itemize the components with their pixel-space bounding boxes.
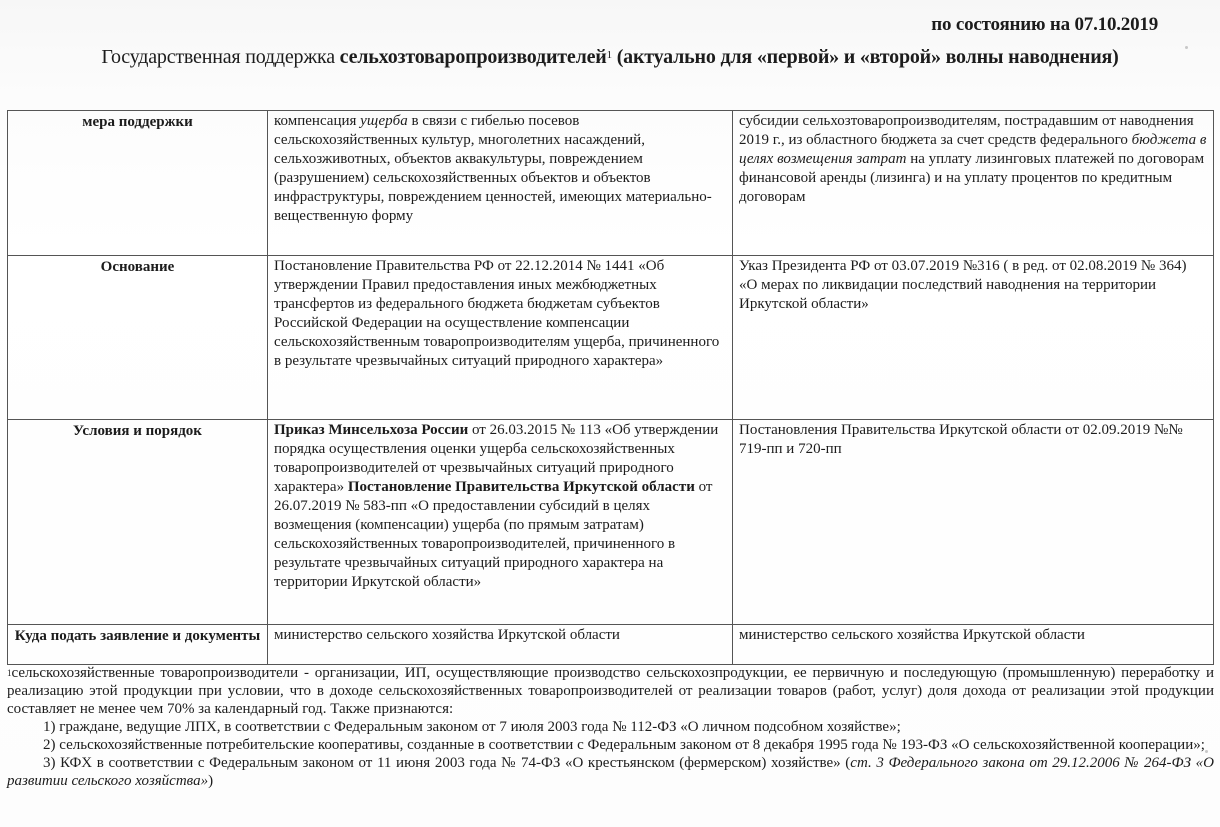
table-row-where-to-apply: Куда подать заявление и документыминисте… [8,625,1214,665]
table-row-legal-basis: ОснованиеПостановление Правительства РФ … [8,256,1214,420]
title-bold-term: сельхозтоваропроизводителей [340,46,607,68]
title-prefix: Государственная поддержка [101,46,339,68]
status-date: по состоянию на 07.10.2019 [931,14,1158,36]
row-label: мера поддержки [8,111,268,256]
footnote-item-3-closing: ) [208,773,213,789]
footnote: 1сельскохозяйственные товаропроизводител… [7,664,1214,790]
table-row-conditions-procedure: Условия и порядокПриказ Минсельхоза Росс… [8,420,1214,625]
cell-federal-compensation: Приказ Минсельхоза России от 26.03.2015 … [268,420,733,625]
title-suffix: (актуально для «первой» и «второй» волны… [612,46,1119,68]
footnote-item-3-text: 3) КФХ в соответствии с Федеральным зако… [43,755,850,771]
cell-regional-subsidy: Постановления Правительства Иркутской об… [733,420,1214,625]
cell-federal-compensation: министерство сельского хозяйства Иркутск… [268,625,733,665]
footnote-definition-text: сельскохозяйственные товаропроизводители… [7,665,1214,717]
footnote-item-2: 2) сельскохозяйственные потребительские … [7,736,1214,754]
cell-regional-subsidy: министерство сельского хозяйства Иркутск… [733,625,1214,665]
cell-text: в связи с гибелью посевов сельскохозяйст… [274,113,712,224]
row-label-text: Куда подать заявление и документы [10,626,265,646]
title-footnote-mark: 1 [607,49,612,61]
footnote-item-1: 1) граждане, ведущие ЛПХ, в соответствии… [7,718,1214,736]
cell-text: компенсация [274,113,360,129]
cell-regional-subsidy: Указ Президента РФ от 03.07.2019 №316 ( … [733,256,1214,420]
cell-text: Постановление Правительства РФ от 22.12.… [274,258,719,369]
document-title: Государственная поддержка сельхозтовароп… [60,40,1160,75]
table-body: мера поддержкикомпенсация ущерба в связи… [8,111,1214,665]
row-label-text: мера поддержки [10,112,265,132]
cell-federal-compensation: компенсация ущерба в связи с гибелью пос… [268,111,733,256]
cell-text: ущерба [360,113,408,129]
cell-text: Приказ Минсельхоза России [274,422,468,438]
cell-text: министерство сельского хозяйства Иркутск… [274,627,620,643]
cell-text: министерство сельского хозяйства Иркутск… [739,627,1085,643]
footnote-definition: 1сельскохозяйственные товаропроизводител… [7,664,1214,718]
row-label: Основание [8,256,268,420]
cell-text: Указ Президента РФ от 03.07.2019 №316 ( … [739,258,1186,312]
cell-text: субсидии сельхозтоваропроизводителям, по… [739,113,1194,148]
cell-regional-subsidy: субсидии сельхозтоваропроизводителям, по… [733,111,1214,256]
table-row-support-measure: мера поддержкикомпенсация ущерба в связи… [8,111,1214,256]
scan-artifact [1185,46,1188,49]
cell-text: Постановление Правительства Иркутской об… [348,479,695,495]
row-label: Условия и порядок [8,420,268,625]
cell-federal-compensation: Постановление Правительства РФ от 22.12.… [268,256,733,420]
support-measures-table: мера поддержкикомпенсация ущерба в связи… [7,110,1214,665]
footnote-item-3: 3) КФХ в соответствии с Федеральным зако… [7,754,1214,790]
scan-artifact [1205,750,1208,753]
row-label-text: Основание [10,257,265,277]
cell-text: от 26.07.2019 № 583-пп «О предоставлении… [274,479,712,590]
row-label-text: Условия и порядок [10,421,265,441]
row-label: Куда подать заявление и документы [8,625,268,665]
cell-text: Постановления Правительства Иркутской об… [739,422,1183,457]
